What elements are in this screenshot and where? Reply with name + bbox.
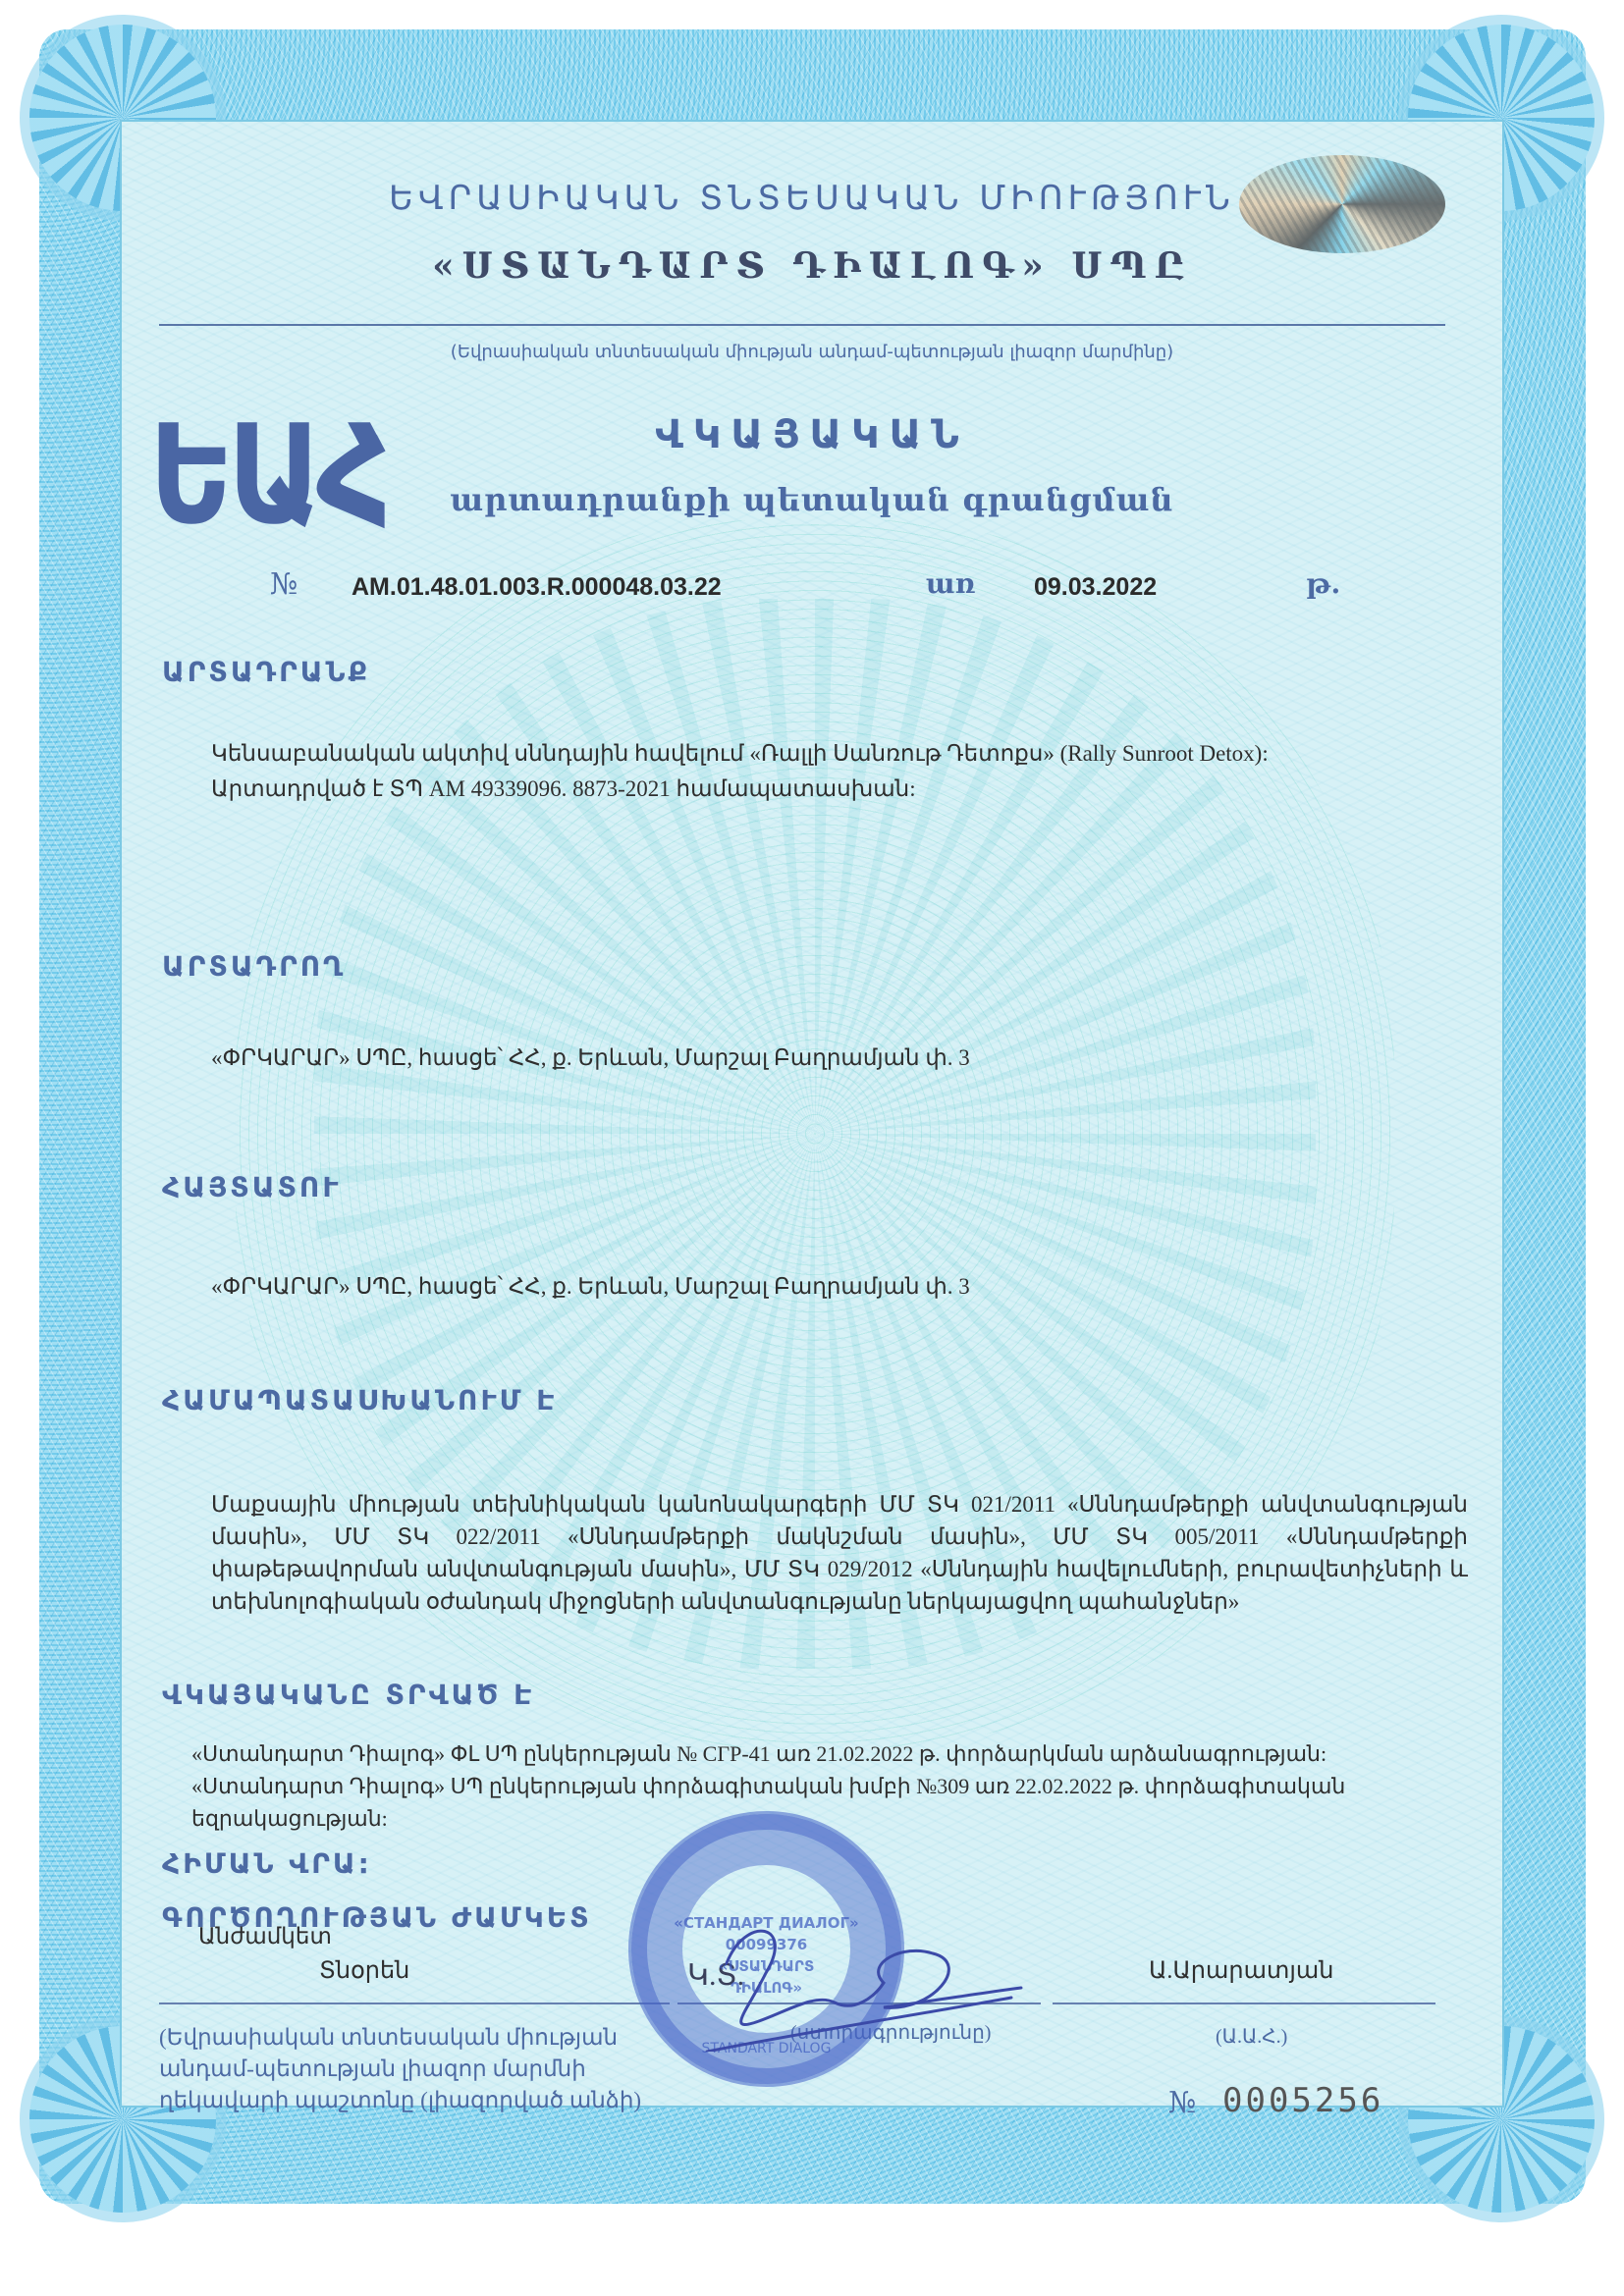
product-line: Արտադրված է ՏՊ AM 49339096. 8873-2021 հա… [211, 772, 1269, 807]
signer-name-label: (Ա.Ա.Հ.) [1216, 2024, 1287, 2049]
serial-number-label: № [1168, 2086, 1196, 2120]
name-rule [1053, 2002, 1435, 2004]
applicant-address: «ՓՐԿԱՐԱՐ» ՍՊԸ, հասցե՝ ՀՀ, ք. Երևան, Մարշ… [211, 1269, 970, 1305]
product-line: Կենսաբանական ակտիվ սննդային հավելում «Ռա… [211, 736, 1269, 772]
section-heading-product: ԱՐՏԱԴՐԱՆՔ [162, 656, 370, 688]
position-note-line: (Եվրասիական տնտեսական միության [159, 2022, 641, 2054]
certificate-number: AM.01.48.01.003.R.000048.03.22 [352, 573, 722, 602]
position-note-line: ղեկավարի պաշտոնը (լիազորված անձի) [159, 2085, 641, 2116]
section-heading-issued: ՎԿԱՅԱԿԱՆԸ ՏՐՎԱԾ Է [162, 1679, 534, 1711]
section-heading-conformity: ՀԱՄԱՊԱՏԱՍԽԱՆՈՒՄ Է [162, 1384, 557, 1416]
certificate-subtitle: արտադրանքի պետական գրանցման [0, 481, 1624, 518]
validity-value: Անժամկետ [198, 1919, 332, 1954]
section-heading-manufacturer: ԱՐՏԱԴՐՈՂ [162, 950, 346, 983]
position-note-line: անդամ-պետության լիազոր մարմնի [159, 2054, 641, 2085]
date-from-label: առ [926, 567, 975, 600]
section-heading-basis: ՀԻՄԱՆ ՎՐԱ: [162, 1847, 372, 1880]
handwritten-signature-icon [687, 1904, 1041, 2052]
manufacturer-address: «ՓՐԿԱՐԱՐ» ՍՊԸ, հասցե՝ ՀՀ, ք. Երևան, Մարշ… [211, 1041, 970, 1076]
year-suffix: թ. [1306, 567, 1340, 600]
position-note: (Եվրասիական տնտեսական միության անդամ-պետ… [159, 2022, 641, 2116]
issued-line: «Ստանդարտ Դիալոգ» ՍՊ ընկերության փորձագի… [191, 1770, 1345, 1802]
header-divider [159, 324, 1445, 326]
union-body-note: (Եվրասիական տնտեսական միության անդամ-պետ… [0, 342, 1624, 362]
certificate-date: 09.03.2022 [1034, 573, 1157, 602]
signer-position: Տնօրեն [319, 1953, 409, 1989]
certificate-title: ՎԿԱՅԱԿԱՆ [0, 412, 1624, 457]
serial-number: 0005256 [1222, 2081, 1383, 2120]
product-description: Կենսաբանական ակտիվ սննդային հավելում «Ռա… [211, 736, 1269, 807]
signer-name: Ա.Արարատյան [1149, 1953, 1333, 1989]
conformity-regulations: Մաքսային միության տեխնիկական կանոնակարգե… [211, 1488, 1468, 1618]
section-heading-applicant: ՀԱՅՏԱՏՈՒ [162, 1171, 342, 1203]
hologram-seal-icon [1239, 155, 1445, 253]
organization-title: «ՍՏԱՆԴԱՐՏ ԴԻԱԼՈԳ» ՍՊԸ [0, 245, 1624, 287]
position-rule [159, 2002, 670, 2004]
issued-line: «Ստանդարտ Դիալոգ» ՓԼ ՍՊ ընկերության № СГ… [191, 1737, 1345, 1770]
number-label: № [270, 567, 298, 602]
